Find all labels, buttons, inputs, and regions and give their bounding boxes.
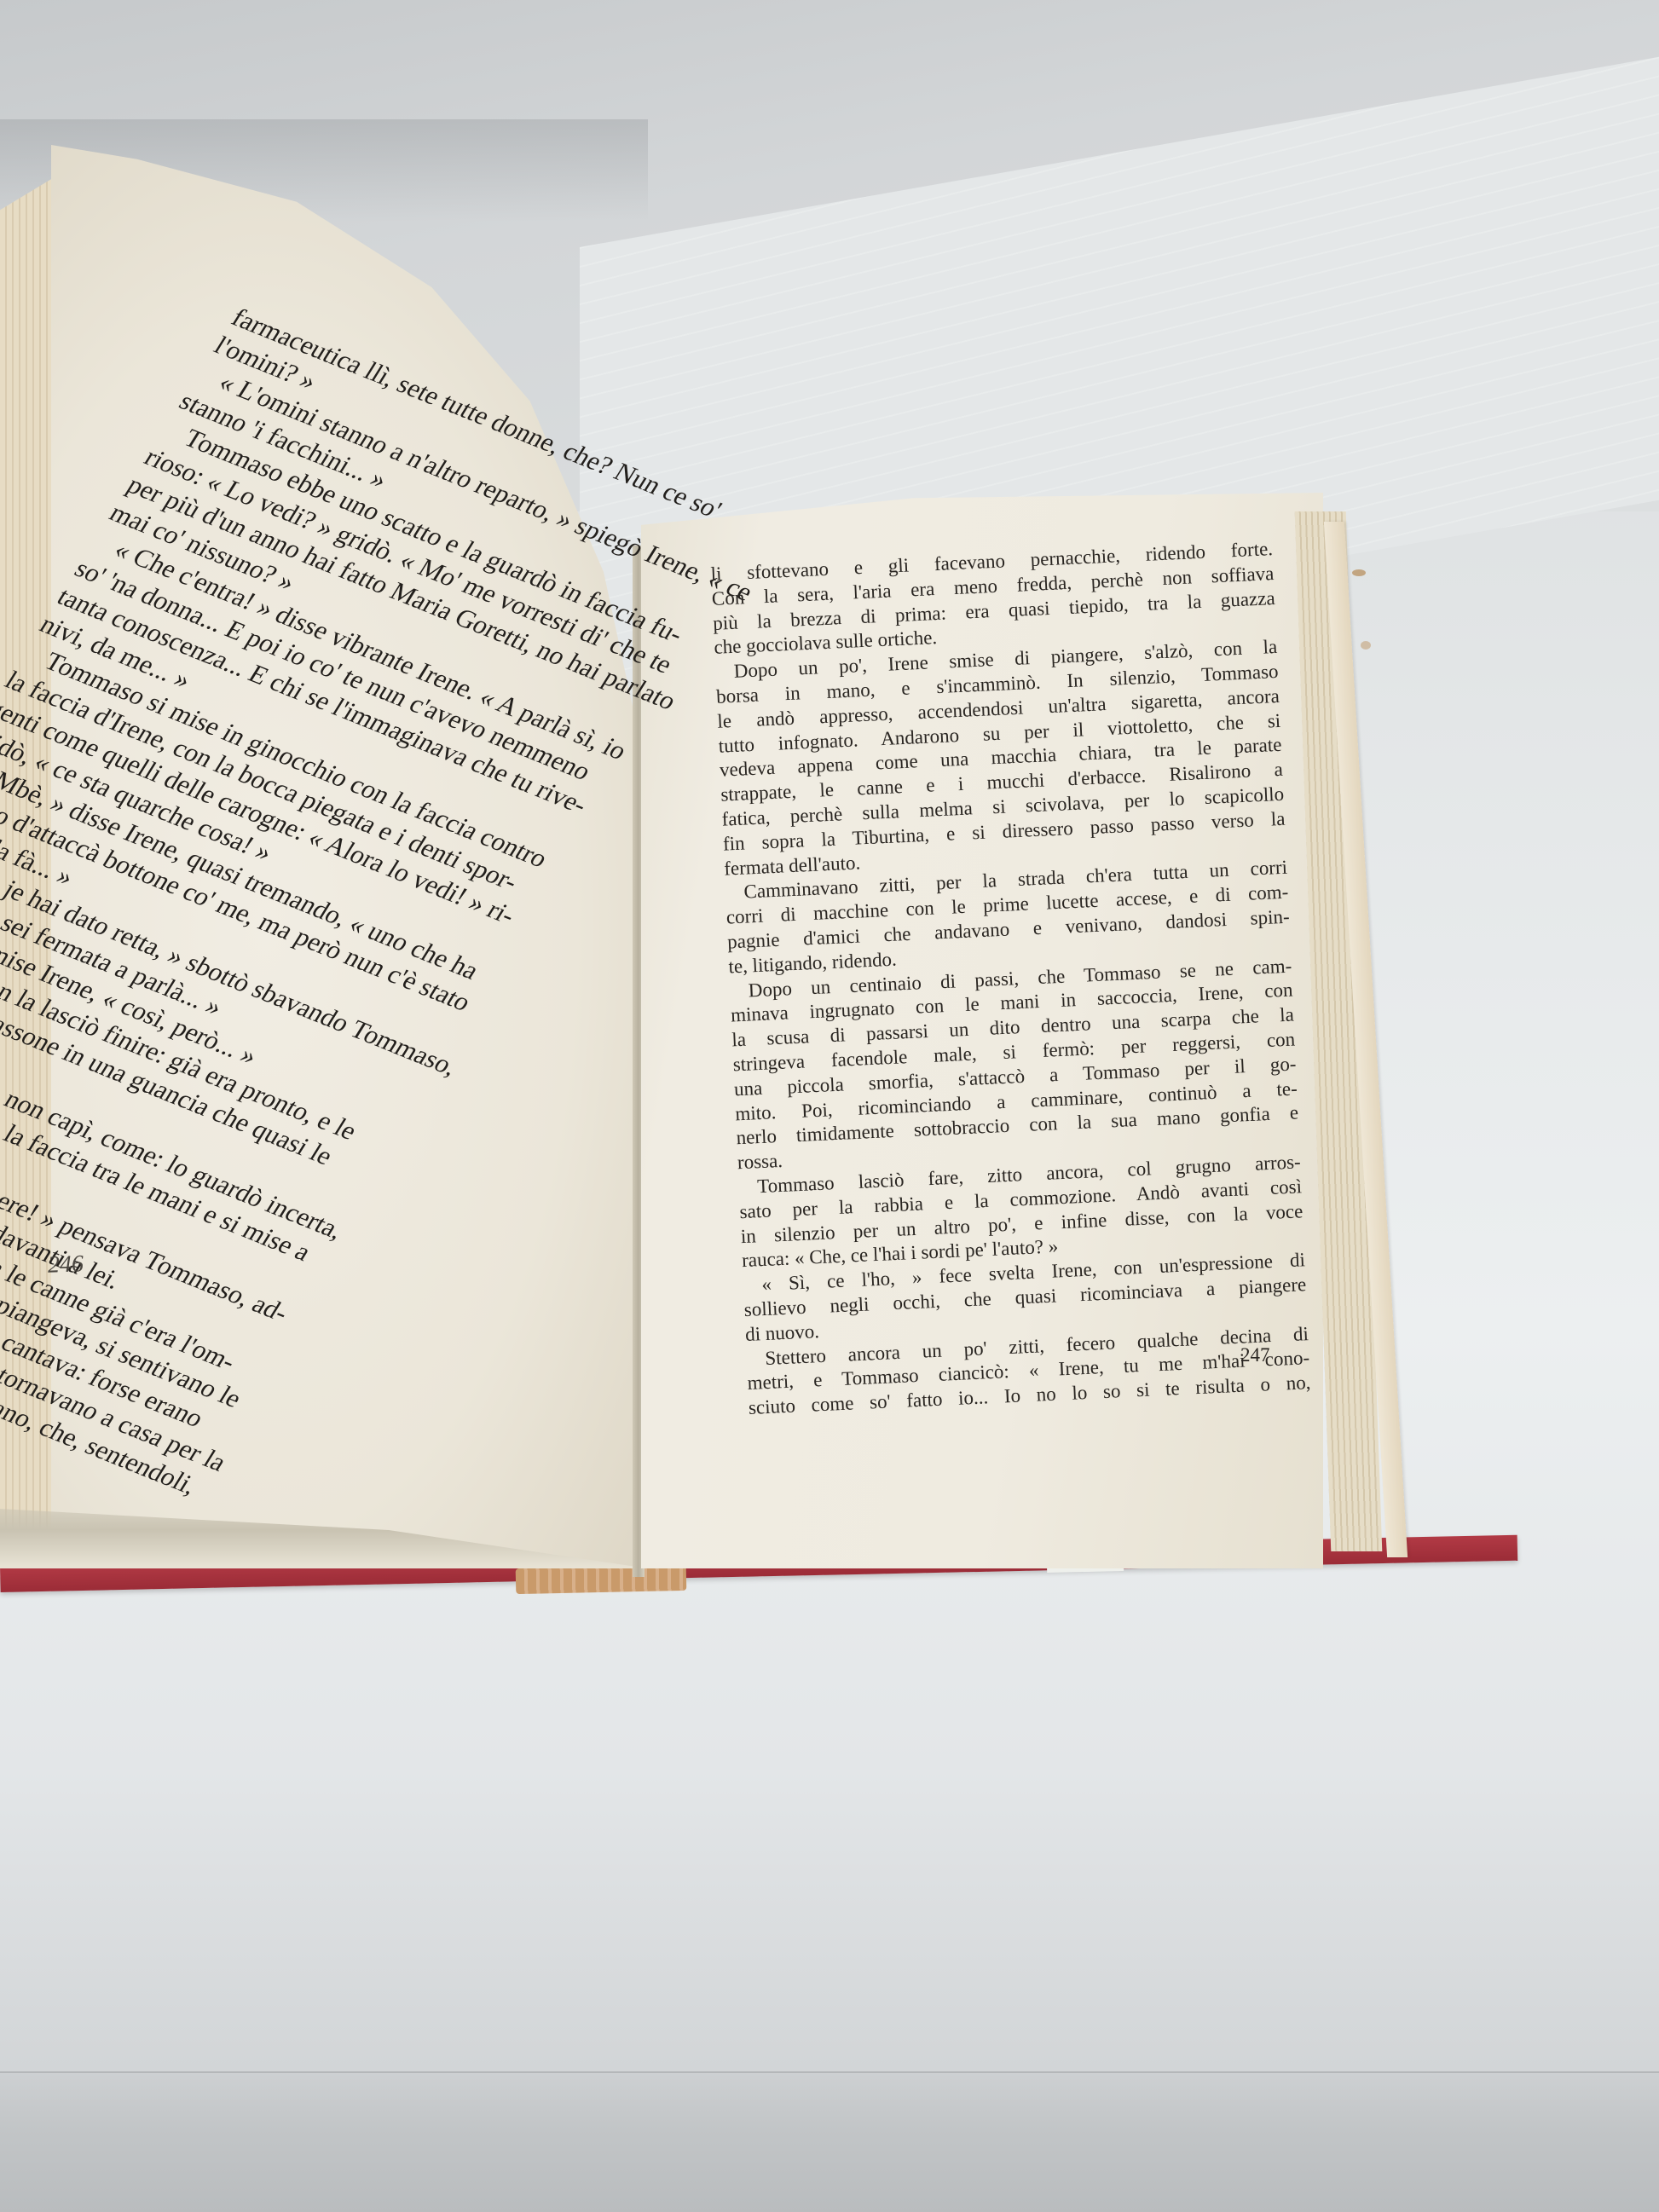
foxing-stain — [1361, 641, 1371, 650]
page-number-left: 246 — [47, 1250, 84, 1279]
open-book: farmaceutica llì, sete tutte donne, che?… — [0, 0, 1659, 1620]
shelf-front-edge — [0, 2071, 1659, 2212]
foxing-stain — [1352, 569, 1366, 576]
spine-headband — [516, 1565, 687, 1594]
right-page-text: li sfottevano e gli facevano pernacchie,… — [710, 537, 1311, 1421]
page-number-right: 247 — [1240, 1344, 1270, 1366]
